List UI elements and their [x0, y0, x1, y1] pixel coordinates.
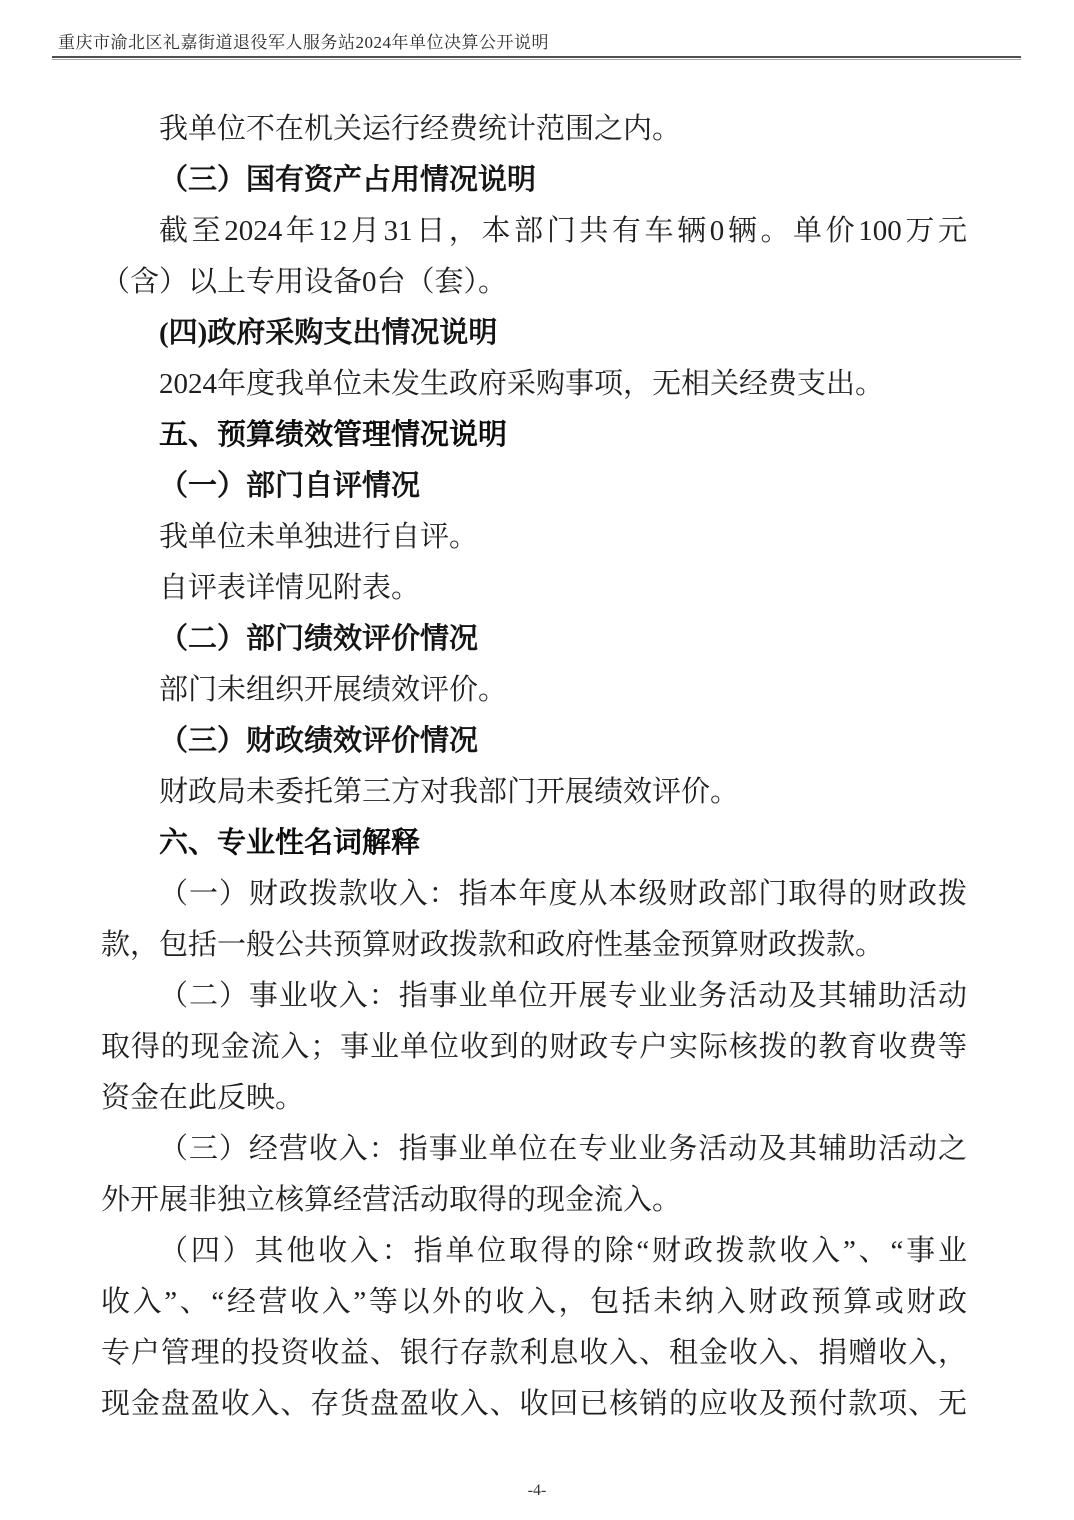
- subsection-heading: （一）部门自评情况: [101, 461, 967, 512]
- text-line: 外开展非独立核算经营活动取得的现金流入。: [101, 1175, 967, 1226]
- text-line: 款，包括一般公共预算财政拨款和政府性基金预算财政拨款。: [101, 920, 967, 971]
- header-rule: [52, 56, 1021, 60]
- text-line: 现金盘盈收入、存货盘盈收入、收回已核销的应收及预付款项、无: [101, 1379, 967, 1430]
- page-number: -4-: [0, 1482, 1074, 1500]
- text-line: （三）经营收入：指事业单位在专业业务活动及其辅助活动之: [101, 1124, 967, 1175]
- text-line: 部门未组织开展绩效评价。: [101, 665, 967, 716]
- text-line: 财政局未委托第三方对我部门开展绩效评价。: [101, 767, 967, 818]
- text-line: 取得的现金流入；事业单位收到的财政专户实际核拨的教育收费等: [101, 1022, 967, 1073]
- text-line: 收入”、“经营收入”等以外的收入，包括未纳入财政预算或财政: [101, 1277, 967, 1328]
- text-line: 专户管理的投资收益、银行存款利息收入、租金收入、捐赠收入，: [101, 1328, 967, 1379]
- page-header: 重庆市渝北区礼嘉街道退役军人服务站2024年单位决算公开说明: [52, 28, 1021, 60]
- subsection-heading: （三）国有资产占用情况说明: [101, 155, 967, 206]
- document-body: 我单位不在机关运行经费统计范围之内。（三）国有资产占用情况说明截至2024年12…: [101, 104, 967, 1430]
- subsection-heading: （三）财政绩效评价情况: [101, 716, 967, 767]
- text-line: 自评表详情见附表。: [101, 563, 967, 614]
- text-line: （二）事业收入：指事业单位开展专业业务活动及其辅助活动: [101, 971, 967, 1022]
- text-line: 2024年度我单位未发生政府采购事项，无相关经费支出。: [101, 359, 967, 410]
- document-header-title: 重庆市渝北区礼嘉街道退役军人服务站2024年单位决算公开说明: [52, 28, 1021, 53]
- subsection-heading: (四)政府采购支出情况说明: [101, 308, 967, 359]
- text-line: （四）其他收入：指单位取得的除“财政拨款收入”、“事业: [101, 1226, 967, 1277]
- text-line: （含）以上专用设备0台（套）。: [101, 257, 967, 308]
- text-line: 资金在此反映。: [101, 1073, 967, 1124]
- text-line: 我单位不在机关运行经费统计范围之内。: [101, 104, 967, 155]
- text-line: 我单位未单独进行自评。: [101, 512, 967, 563]
- section-heading: 五、预算绩效管理情况说明: [101, 410, 967, 461]
- subsection-heading: （二）部门绩效评价情况: [101, 614, 967, 665]
- text-line: 截至2024年12月31日，本部门共有车辆0辆。单价100万元: [101, 206, 967, 257]
- text-line: （一）财政拨款收入：指本年度从本级财政部门取得的财政拨: [101, 869, 967, 920]
- section-heading: 六、专业性名词解释: [101, 818, 967, 869]
- document-page: 重庆市渝北区礼嘉街道退役军人服务站2024年单位决算公开说明 我单位不在机关运行…: [0, 0, 1074, 1520]
